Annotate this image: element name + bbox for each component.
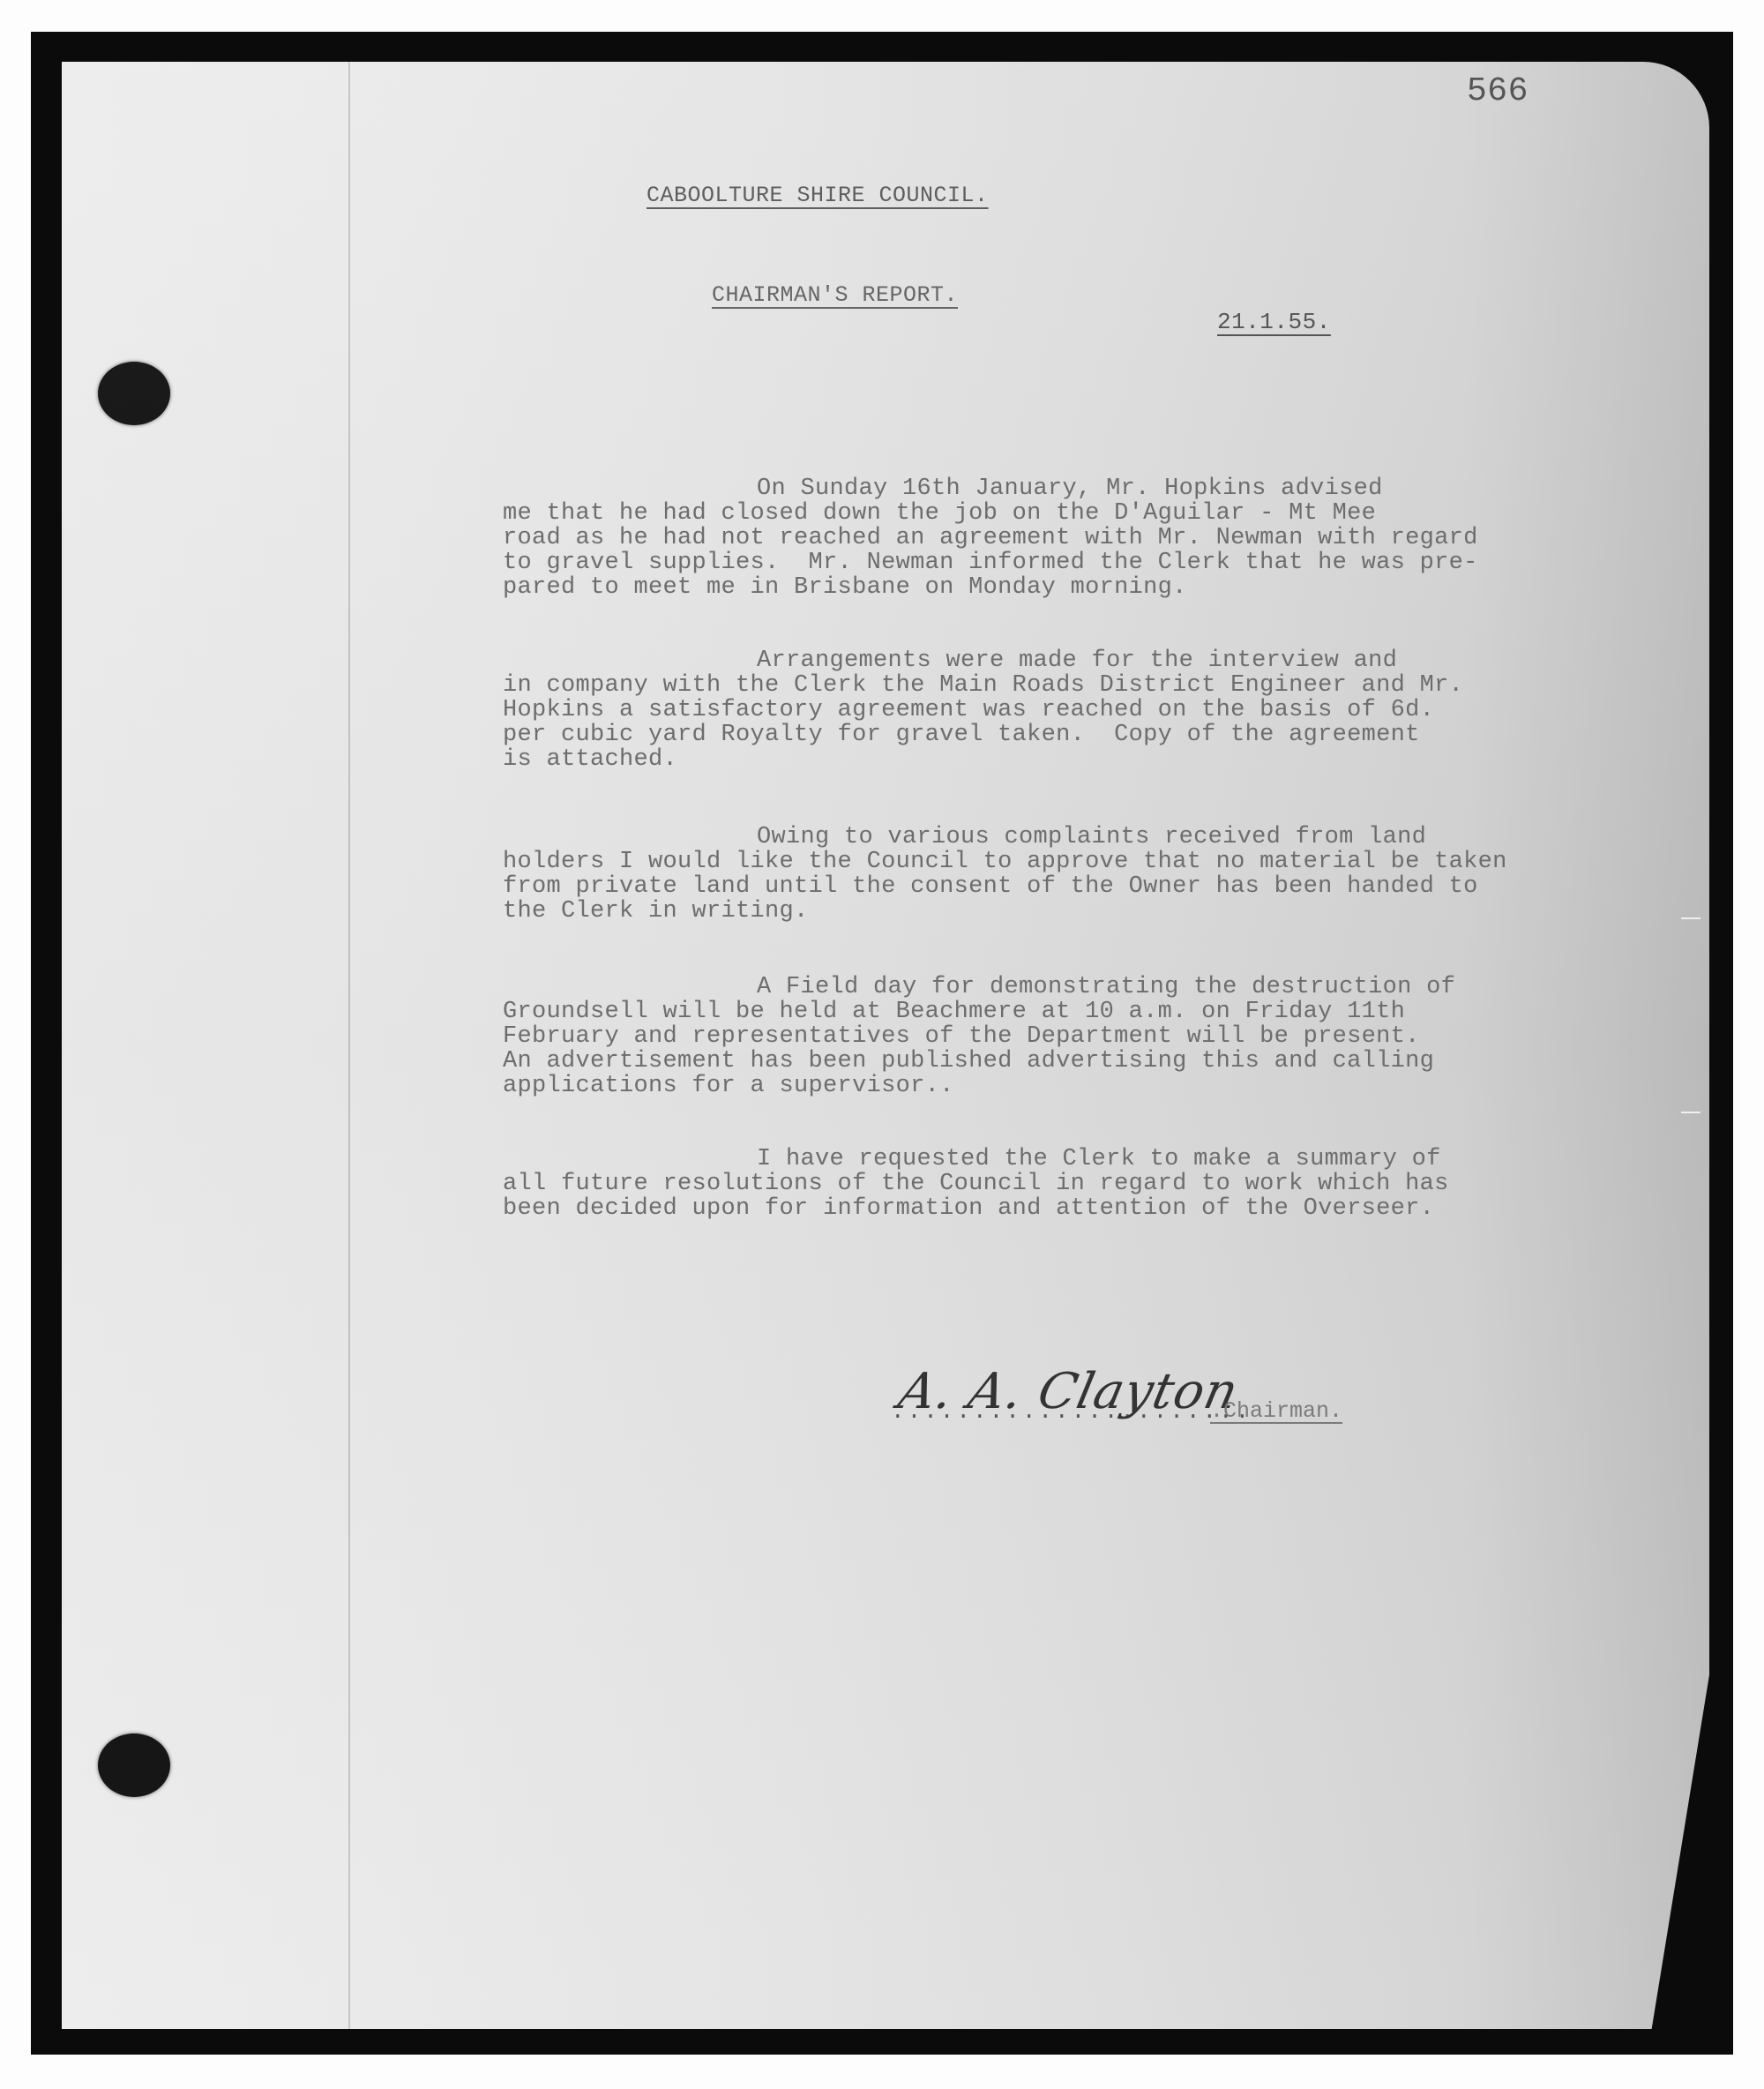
paragraph-agreement: Arrangements were made for the interview… <box>503 648 1693 772</box>
paragraph-line: to gravel supplies. Mr. Newman informed … <box>503 550 1693 575</box>
hole-punch-bottom-icon <box>98 1733 170 1797</box>
report-title: CHAIRMAN'S REPORT. <box>712 282 958 308</box>
paragraph-line: applications for a supervisor.. <box>503 1074 1693 1098</box>
signature-title: .Chairman. <box>1210 1398 1342 1424</box>
paragraph-line: February and representatives of the Depa… <box>503 1024 1693 1049</box>
paragraph-hopkins-gravel: On Sunday 16th January, Mr. Hopkins advi… <box>503 476 1693 600</box>
handwritten-signature: A. A. Clayton <box>893 1363 1244 1420</box>
edge-mark <box>1681 1112 1700 1113</box>
paragraph-line: An advertisement has been published adve… <box>503 1049 1693 1074</box>
paragraph-line: been decided upon for information and at… <box>503 1196 1693 1221</box>
paragraph-line: from private land until the consent of t… <box>503 874 1693 899</box>
paragraph-line: A Field day for demonstrating the destru… <box>503 975 1693 1000</box>
paragraph-line: Hopkins a satisfactory agreement was rea… <box>503 698 1693 723</box>
paragraph-line: Arrangements were made for the interview… <box>503 648 1693 673</box>
hole-punch-top-icon <box>98 362 170 425</box>
paragraph-line: per cubic yard Royalty for gravel taken.… <box>503 723 1693 747</box>
paragraph-line: all future resolutions of the Council in… <box>503 1172 1693 1196</box>
signature-block: ...................... A. A. Clayton .Ch… <box>891 1363 1508 1451</box>
paragraph-line: On Sunday 16th January, Mr. Hopkins advi… <box>503 476 1693 501</box>
paragraph-line: is attached. <box>503 747 1693 772</box>
paragraph-summary-request: I have requested the Clerk to make a sum… <box>503 1147 1693 1221</box>
paragraph-line: I have requested the Clerk to make a sum… <box>503 1147 1693 1172</box>
paragraph-complaints: Owing to various complaints received fro… <box>503 825 1693 924</box>
report-date: 21.1.55. <box>1217 309 1331 335</box>
paragraph-line: pared to meet me in Brisbane on Monday m… <box>503 575 1693 600</box>
paragraph-line: me that he had closed down the job on th… <box>503 501 1693 526</box>
paragraph-line: in company with the Clerk the Main Roads… <box>503 673 1693 698</box>
paragraph-line: Groundsell will be held at Beachmere at … <box>503 1000 1693 1024</box>
paragraph-line: holders I would like the Council to appr… <box>503 850 1693 874</box>
fold-line <box>348 62 350 2029</box>
paragraph-line: the Clerk in writing. <box>503 899 1693 924</box>
paragraph-line: Owing to various complaints received fro… <box>503 825 1693 850</box>
paragraph-line: road as he had not reached an agreement … <box>503 526 1693 550</box>
paragraph-field-day: A Field day for demonstrating the destru… <box>503 975 1693 1098</box>
organization-heading: CABOOLTURE SHIRE COUNCIL. <box>647 183 989 208</box>
page-number: 566 <box>1467 72 1529 110</box>
